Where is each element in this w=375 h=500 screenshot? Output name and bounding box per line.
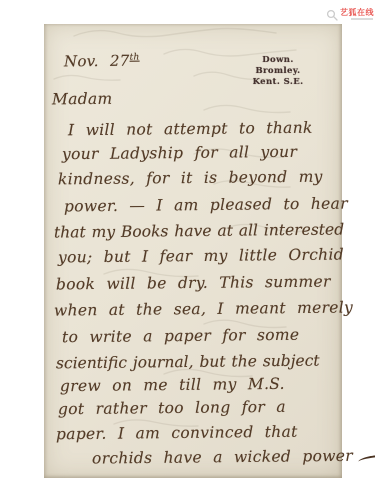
letterhead-line: Down. xyxy=(232,55,324,66)
letter-line-text: orchids have a wicked power xyxy=(92,447,353,468)
letter-line: I will not attempt to thank xyxy=(68,119,313,140)
letter-line: paper. I am convinced that xyxy=(56,423,298,444)
letter-line: scientific journal, but the subject xyxy=(56,352,320,373)
letterhead: Down. Bromley. Kent. S.E. xyxy=(232,55,324,88)
pen-flourish xyxy=(358,454,375,465)
letter-date: Nov. 27th xyxy=(64,52,140,71)
photo-canvas: 艺狐在线 Nov. 27th xyxy=(0,0,375,500)
letterhead-line: Bromley. xyxy=(232,66,324,77)
letter-line: kindness, for it is beyond my xyxy=(58,168,323,189)
watermark-subtext-strip xyxy=(351,18,373,20)
letter-line: you; but I fear my little Orchid xyxy=(58,246,344,267)
letter-line: orchids have a wicked power xyxy=(92,446,375,467)
letter-line: to write a paper for some xyxy=(62,326,299,346)
salutation: Madam xyxy=(52,90,113,109)
letter-line: when at the sea, I meant merely xyxy=(54,298,353,319)
letter-paper: Nov. 27th Down. Bromley. Kent. S.E. Mada… xyxy=(44,24,342,478)
letter-line: book will be dry. This summer xyxy=(56,273,331,294)
watermark-text: 艺狐在线 xyxy=(340,8,374,17)
letter-line: your Ladyship for all your xyxy=(62,143,297,163)
magnifier-icon xyxy=(326,9,338,21)
letter-date-main: Nov. 27 xyxy=(64,52,130,71)
letterhead-line: Kent. S.E. xyxy=(232,77,324,88)
letter-date-suffix: th xyxy=(129,53,139,63)
letter-line: power. — I am pleased to hear xyxy=(64,195,348,216)
letter-line: got rather too long for a xyxy=(58,398,286,418)
letter-line: grew on me till my M.S. xyxy=(60,375,285,395)
letter-line: that my Books have at all interested xyxy=(54,220,344,241)
watermark-logo: 艺狐在线 xyxy=(326,8,374,21)
